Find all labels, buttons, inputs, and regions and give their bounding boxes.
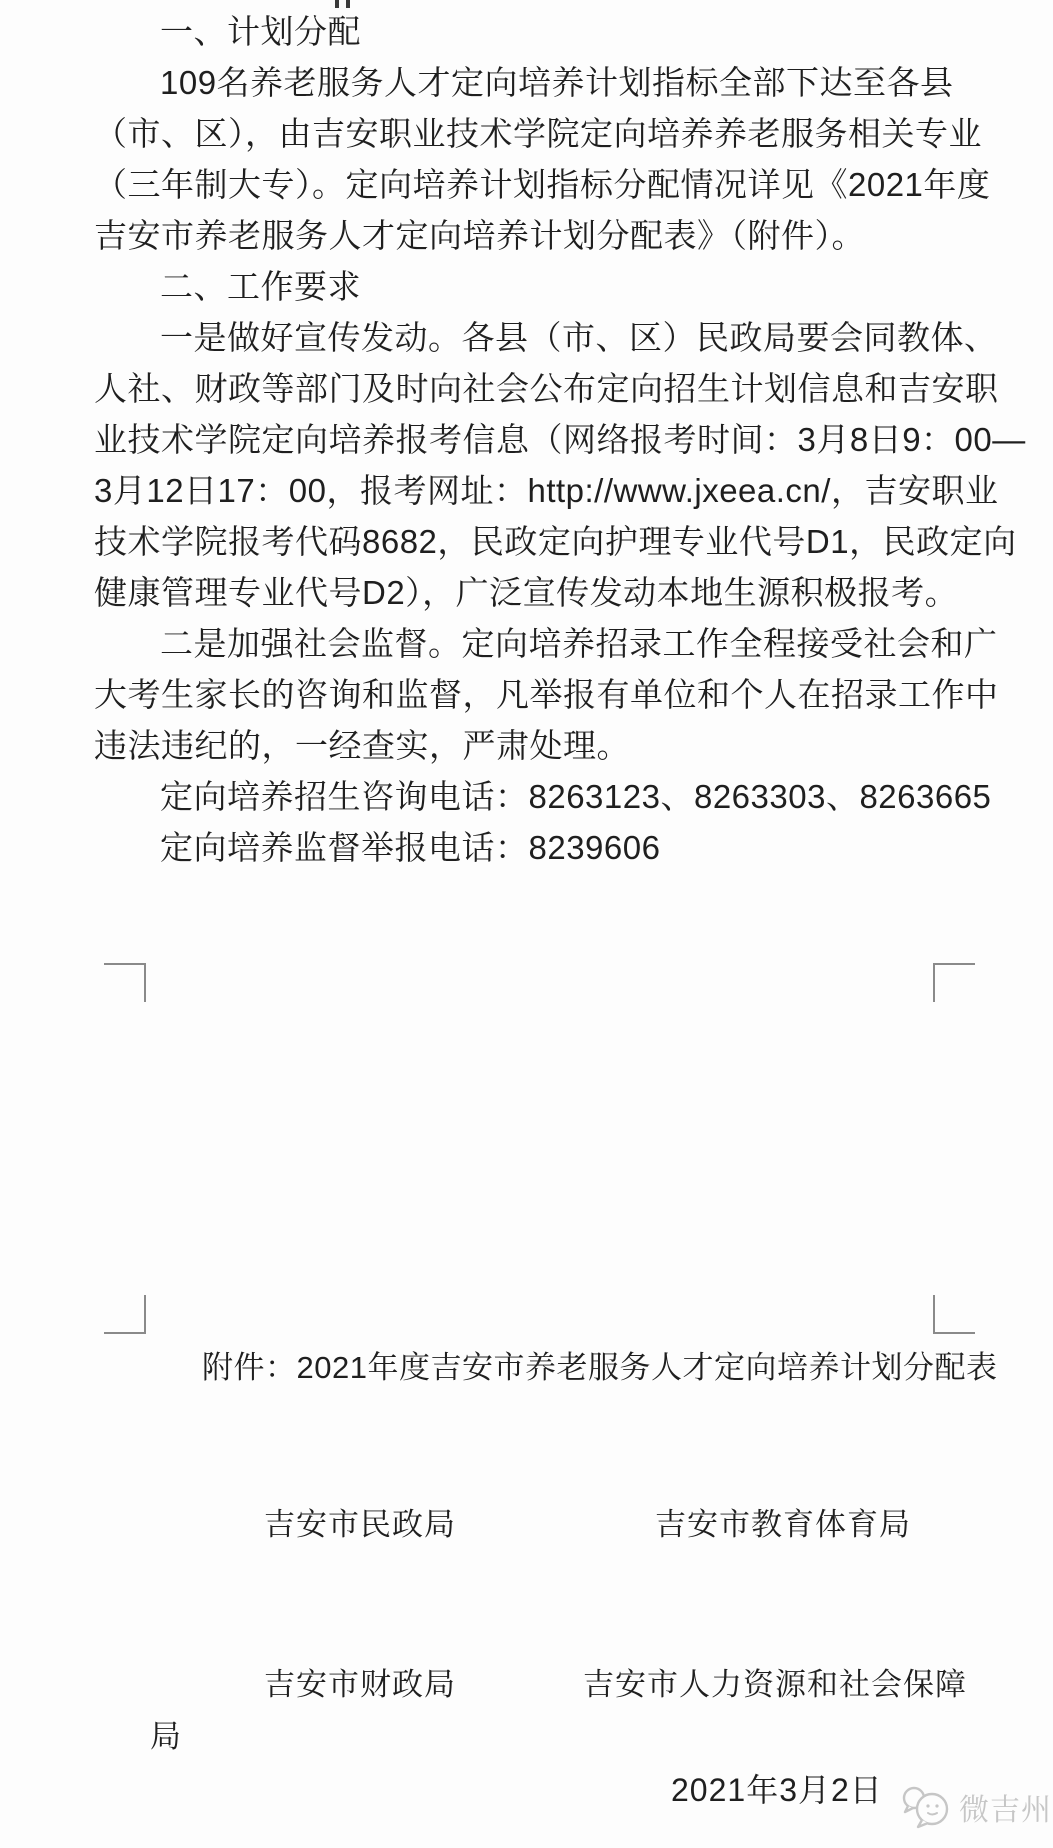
signature-civil-affairs-bureau: 吉安市民政局 xyxy=(264,1499,456,1544)
signature-human-resources-bureau: 吉安市人力资源和社会保障 xyxy=(583,1659,967,1704)
document-line: 一是做好宣传发动。各县（市、区）民政局要会同教体、 xyxy=(94,312,956,363)
signature-wrapped-character: 局 xyxy=(150,1711,182,1756)
document-line: （三年制大专）。定向培养计划指标分配情况详见《2021年度 xyxy=(94,159,956,210)
corner-mark-top-right xyxy=(933,963,975,1002)
document-date: 2021年3月2日 xyxy=(671,1765,883,1811)
document-line: 技术学院报考代码8682，民政定向护理专业代号D1，民政定向 xyxy=(94,516,956,567)
document-body: 一、计划分配109名养老服务人才定向培养计划指标全部下达至各县（市、区），由吉安… xyxy=(94,6,956,873)
attachment-line: 附件：2021年度吉安市养老服务人才定向培养计划分配表 xyxy=(202,1342,997,1387)
document-line: （市、区），由吉安职业技术学院定向培养养老服务相关专业 xyxy=(94,108,956,159)
document-line: 3月12日17：00，报考网址：http://www.jxeea.cn/，吉安职… xyxy=(94,465,956,516)
corner-mark-top-left xyxy=(104,963,146,1002)
document-line: 定向培养招生咨询电话：8263123、8263303、8263665 xyxy=(94,771,956,822)
document-line: 大考生家长的咨询和监督，凡举报有单位和个人在招录工作中 xyxy=(94,669,956,720)
signature-education-sports-bureau: 吉安市教育体育局 xyxy=(655,1499,911,1544)
signature-finance-bureau: 吉安市财政局 xyxy=(264,1659,456,1704)
watermark: 微吉州 xyxy=(901,1785,1052,1829)
watermark-text: 微吉州 xyxy=(959,1785,1052,1829)
document-line: 一、计划分配 xyxy=(94,6,956,57)
document-line: 定向培养监督举报电话：8239606 xyxy=(94,822,956,873)
document-line: 违法违纪的，一经查实，严肃处理。 xyxy=(94,720,956,771)
corner-mark-bottom-left xyxy=(104,1295,146,1334)
document-line: 业技术学院定向培养报考信息（网络报考时间：3月8日9：00— xyxy=(94,414,956,465)
document-line: 人社、财政等部门及时向社会公布定向招生计划信息和吉安职 xyxy=(94,363,956,414)
document-line: 二、工作要求 xyxy=(94,261,956,312)
document-line: 吉安市养老服务人才定向培养计划分配表》（附件）。 xyxy=(94,210,956,261)
chat-bubbles-icon xyxy=(901,1785,953,1829)
corner-mark-bottom-right xyxy=(933,1295,975,1334)
document-line: 109名养老服务人才定向培养计划指标全部下达至各县 xyxy=(94,57,956,108)
document-line: 二是加强社会监督。定向培养招录工作全程接受社会和广 xyxy=(94,618,956,669)
document-page: 一、计划分配109名养老服务人才定向培养计划指标全部下达至各县（市、区），由吉安… xyxy=(0,0,1053,1848)
document-line: 健康管理专业代号D2），广泛宣传发动本地生源积极报考。 xyxy=(94,567,956,618)
